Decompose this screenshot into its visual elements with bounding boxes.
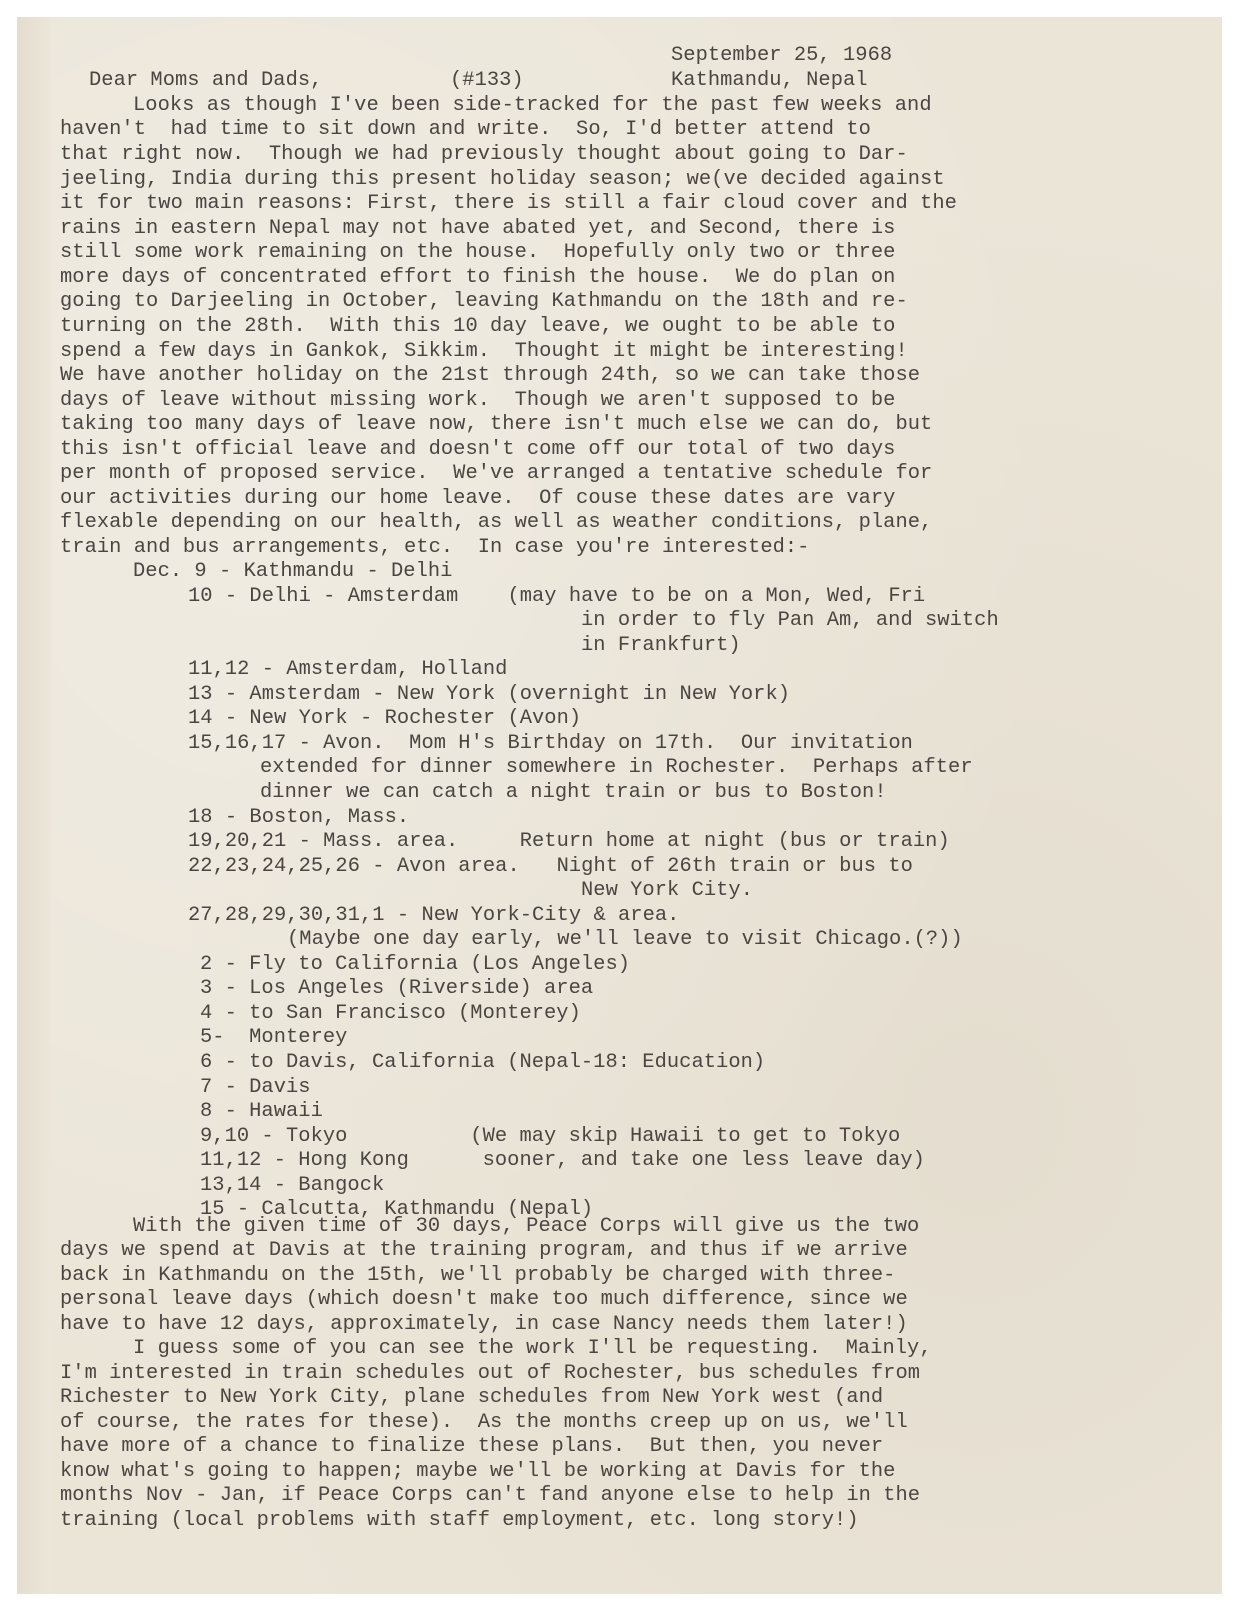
schedule-line: 6 - to Davis, California (Nepal-18: Educ… <box>200 1051 765 1075</box>
text-line: back in Kathmandu on the 15th, we'll pro… <box>60 1264 895 1288</box>
schedule-line: (Maybe one day early, we'll leave to vis… <box>287 928 963 952</box>
schedule-line: 4 - to San Francisco (Monterey) <box>200 1002 581 1026</box>
text-line: Richester to New York City, plane schedu… <box>60 1386 883 1410</box>
text-line: taking too many days of leave now, there… <box>60 413 932 437</box>
text-line: it for two main reasons: First, there is… <box>60 192 957 216</box>
text-line: We have another holiday on the 21st thro… <box>60 364 920 388</box>
schedule-line: in order to fly Pan Am, and switch <box>581 609 999 633</box>
text-line: our activities during our home leave. Of… <box>60 487 895 511</box>
text-line: I guess some of you can see the work I'l… <box>133 1337 932 1361</box>
text-line: jeeling, India during this present holid… <box>60 168 945 192</box>
schedule-line: 14 - New York - Rochester (Avon) <box>188 707 581 731</box>
schedule-line: 11,12 - Hong Kong sooner, and take one l… <box>200 1149 925 1173</box>
schedule-line: 9,10 - Tokyo (We may skip Hawaii to get … <box>200 1125 900 1149</box>
text-line: days we spend at Davis at the training p… <box>60 1239 908 1263</box>
text-line: turning on the 28th. With this 10 day le… <box>60 315 895 339</box>
text-line: of course, the rates for these). As the … <box>60 1411 908 1435</box>
schedule-line: 19,20,21 - Mass. area. Return home at ni… <box>188 830 950 854</box>
text-line: have more of a chance to finalize these … <box>60 1435 883 1459</box>
text-line: rains in eastern Nepal may not have abat… <box>60 217 895 241</box>
text-line: per month of proposed service. We've arr… <box>60 462 932 486</box>
schedule-line: 3 - Los Angeles (Riverside) area <box>200 977 593 1001</box>
text-line: Looks as though I've been side-tracked f… <box>133 94 932 118</box>
salutation: Dear Moms and Dads, <box>89 69 322 93</box>
schedule-line: 15,16,17 - Avon. Mom H's Birthday on 17t… <box>188 732 913 756</box>
schedule-line: 22,23,24,25,26 - Avon area. Night of 26t… <box>188 855 913 879</box>
schedule-line: extended for dinner somewhere in Rochest… <box>260 756 973 780</box>
schedule-line: 27,28,29,30,31,1 - New York-City & area. <box>188 904 679 928</box>
text-line: that right now. Though we had previously… <box>60 143 908 167</box>
text-line: haven't had time to sit down and write. … <box>60 118 871 142</box>
schedule-line: in Frankfurt) <box>581 634 741 658</box>
schedule-line: 5- Monterey <box>200 1026 347 1050</box>
letter-place: Kathmandu, Nepal <box>671 69 868 93</box>
schedule-line: New York City. <box>581 879 753 903</box>
text-line: personal leave days (which doesn't make … <box>60 1288 908 1312</box>
page-edge-shadow <box>17 17 51 1594</box>
text-line: flexable depending on our health, as wel… <box>60 511 932 535</box>
text-line: have to have 12 days, approximately, in … <box>60 1313 908 1337</box>
text-line: I'm interested in train schedules out of… <box>60 1362 920 1386</box>
letter-number: (#133) <box>450 69 524 93</box>
schedule-line: Dec. 9 - Kathmandu - Delhi <box>133 560 452 584</box>
text-line: days of leave without missing work. Thou… <box>60 389 895 413</box>
text-line: With the given time of 30 days, Peace Co… <box>133 1215 919 1239</box>
schedule-line: 2 - Fly to California (Los Angeles) <box>200 953 630 977</box>
schedule-line: 13 - Amsterdam - New York (overnight in … <box>188 683 790 707</box>
text-line: spend a few days in Gankok, Sikkim. Thou… <box>60 340 908 364</box>
text-line: more days of concentrated effort to fini… <box>60 266 895 290</box>
schedule-line: dinner we can catch a night train or bus… <box>260 781 887 805</box>
text-line: know what's going to happen; maybe we'll… <box>60 1460 895 1484</box>
text-line: going to Darjeeling in October, leaving … <box>60 290 908 314</box>
schedule-line: 8 - Hawaii <box>200 1100 323 1124</box>
text-line: training (local problems with staff empl… <box>60 1509 859 1533</box>
schedule-line: 13,14 - Bangock <box>200 1174 384 1198</box>
schedule-line: 18 - Boston, Mass. <box>188 806 409 830</box>
text-line: still some work remaining on the house. … <box>60 241 895 265</box>
schedule-line: 10 - Delhi - Amsterdam (may have to be o… <box>188 585 925 609</box>
schedule-line: 7 - Davis <box>200 1076 311 1100</box>
letter-date: September 25, 1968 <box>671 44 892 68</box>
text-line: train and bus arrangements, etc. In case… <box>60 536 809 560</box>
schedule-line: 11,12 - Amsterdam, Holland <box>188 658 507 682</box>
text-line: this isn't official leave and doesn't co… <box>60 438 895 462</box>
text-line: months Nov - Jan, if Peace Corps can't f… <box>60 1484 920 1508</box>
